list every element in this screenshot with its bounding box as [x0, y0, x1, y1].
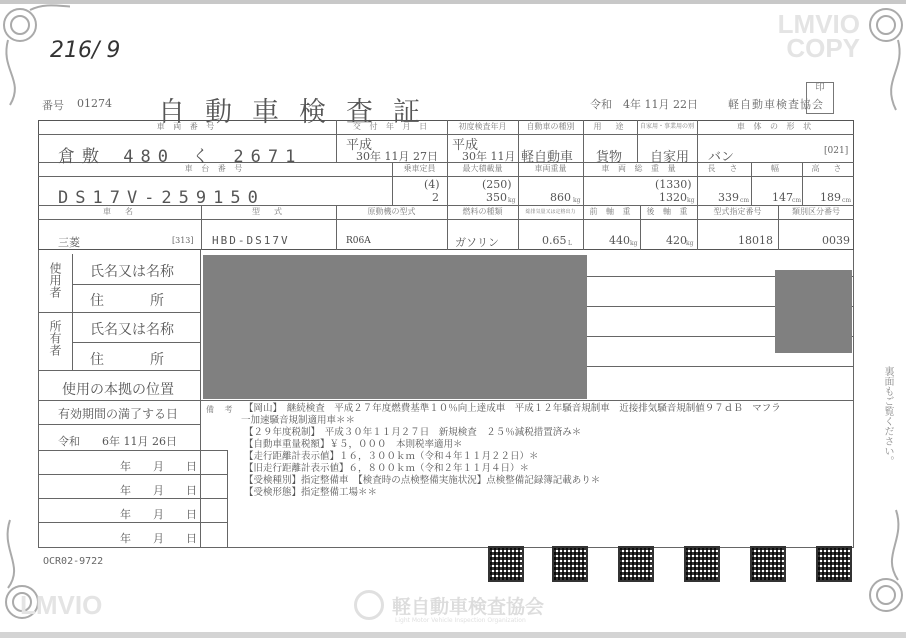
qr-code-5-icon [750, 546, 786, 582]
owner-name-label: 氏名又は名称 [90, 319, 174, 339]
header-vehicle-kind: 自動車の種別 [518, 121, 583, 133]
org-logo-icon [354, 590, 384, 620]
watermark-copy: LMVIO COPY [700, 12, 860, 60]
header-max-load: 最大積載量 [447, 163, 518, 175]
body-shape-code: [021] [824, 146, 848, 156]
displacement-value: 0.65 [542, 234, 567, 247]
vehicle-weight-value: 860 [550, 191, 571, 204]
header-chassis-number: 車 台 番 号 [38, 163, 392, 175]
qr-code-2-icon [552, 546, 588, 582]
header-capacity: 乗車定員 [392, 163, 447, 175]
expiry-label: 有効期間の満了する日 [58, 405, 178, 422]
owner-label: 所有者 [47, 320, 64, 356]
bottom-border [0, 632, 906, 638]
header-vehicle-name: 車 名 [38, 206, 201, 218]
header-fuel-type: 燃料の種類 [447, 206, 518, 218]
type-designation-value: 18018 [738, 234, 773, 247]
model-value: HBD-DS17V [212, 234, 290, 247]
blank-date-2: 年 月 日 [120, 482, 197, 498]
side-note: 裏面もご覧ください。 [880, 366, 895, 466]
header-width: 幅 [751, 163, 802, 175]
issue-date: 令和 4年 11月 22日 [590, 96, 698, 112]
header-front-axle: 前 軸 重 [583, 206, 640, 218]
remarks-line-1: 【岡山】 継続検査 平成２７年度燃費基準１０％向上達成車 平成１２年騒音規制車 … [244, 403, 781, 415]
header-length: 長 さ [697, 163, 751, 175]
header-displacement: 総排気量又は定格出力 [518, 206, 583, 218]
category-number-value: 0039 [822, 234, 850, 247]
gross-weight-paren: (1330) [655, 178, 692, 191]
header-usage: 用 途 [583, 121, 637, 133]
redacted-block [775, 270, 852, 353]
header-type-designation: 型式指定番号 [697, 206, 778, 218]
front-axle-value: 440 [609, 234, 630, 247]
vehicle-name-code: [313] [172, 236, 194, 245]
number-label: 番号 [42, 97, 64, 113]
capacity-paren: (4) [424, 178, 440, 191]
issue-date-value: 30年 11月 27日 [356, 148, 438, 164]
qr-code-6-icon [816, 546, 852, 582]
expiry-date: 令和 6年 11月 26日 [58, 433, 177, 449]
blank-date-1: 年 月 日 [120, 458, 197, 474]
remarks-line-4: 【自動車重量税額】￥５，０００ 本則税率適用＊ [244, 439, 463, 451]
engine-model-value: R06A [346, 236, 371, 246]
user-label: 使用者 [47, 262, 64, 298]
header-body-shape: 車 体 の 形 状 [697, 121, 854, 133]
blank-date-3: 年 月 日 [120, 506, 197, 522]
height-value: 189 [820, 191, 841, 204]
user-name-label: 氏名又は名称 [90, 261, 174, 281]
qr-code-1-icon [488, 546, 524, 582]
seal-icon: 印 [806, 82, 834, 114]
vehicle-info-table [38, 120, 854, 250]
org-logo-text: 軽自動車検査協会 [392, 592, 544, 619]
header-issue-date: 交 付 年 月 日 [336, 121, 447, 133]
number-value: 01274 [77, 97, 112, 110]
rear-axle-value: 420 [666, 234, 687, 247]
org-english-name: Light Motor Vehicle Inspection Organizat… [395, 617, 526, 624]
location-label: 使用の本拠の位置 [62, 379, 174, 399]
remarks-line-7: 【受検種別】指定整備車 【検査時の点検整備実施状況】点検整備記録簿記載あり＊ [244, 475, 600, 487]
first-inspection-value: 30年 11月 [462, 148, 516, 164]
user-address-label: 住 所 [90, 290, 170, 310]
remarks-label: 備 考 [206, 404, 237, 415]
header-first-inspection: 初度検査年月 [447, 121, 518, 133]
remarks-line-8: 【受検形態】指定整備工場＊＊ [244, 487, 377, 499]
header-rear-axle: 後 軸 重 [640, 206, 697, 218]
header-vehicle-weight: 車両重量 [518, 163, 583, 175]
blank-date-4: 年 月 日 [120, 530, 197, 546]
ocr-code: OCR02-9722 [43, 556, 103, 567]
qr-code-4-icon [684, 546, 720, 582]
remarks-line-2: 一加速騒音規制適用車＊＊ [241, 415, 355, 427]
remarks-line-5: 【走行距離計表示値】１６，３００ｋｍ（令和４年１１月２２日）＊ [244, 451, 539, 463]
owner-address-label: 住 所 [90, 349, 170, 369]
header-gross-weight: 車 両 総 重 量 [583, 163, 697, 175]
max-load-paren: (250) [482, 178, 512, 191]
top-border [0, 0, 906, 4]
header-height: 高 さ [802, 163, 854, 175]
header-registration-number: 車 両 番 号 [38, 121, 336, 133]
gross-weight-value: 1320 [659, 191, 687, 204]
vehicle-name-value: 三菱 [58, 234, 80, 250]
chassis-number: DS17V-259150 [58, 188, 265, 208]
handwritten-note: 216/ 9 [50, 38, 120, 63]
redacted-owner-info [203, 255, 587, 399]
capacity-value: 2 [432, 191, 439, 204]
width-value: 147 [772, 191, 793, 204]
remarks-line-3: 【２９年度税制】 平成３０年１１月２７日 新規検査 ２５％減税措置済み＊ [244, 427, 581, 439]
remarks-line-6: 【旧走行距離計表示値】６，８００ｋｍ（令和２年１１月４日）＊ [244, 463, 529, 475]
header-model: 型 式 [201, 206, 336, 218]
max-load-value: 350 [486, 191, 507, 204]
header-category-number: 類別区分番号 [778, 206, 854, 218]
watermark-bottom: LMVIO [20, 590, 102, 621]
length-value: 339 [718, 191, 739, 204]
header-engine-model: 原動機の型式 [336, 206, 447, 218]
qr-code-3-icon [618, 546, 654, 582]
header-private-business: 自家用・事業用の別 [637, 121, 697, 133]
fuel-type-value: ガソリン [455, 234, 499, 250]
